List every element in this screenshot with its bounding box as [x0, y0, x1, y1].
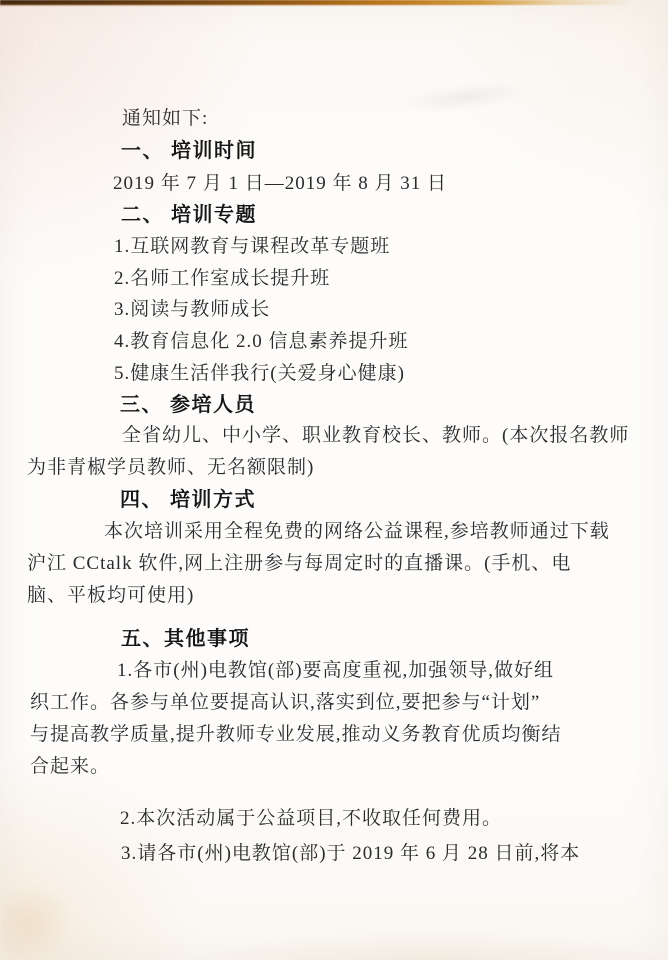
- method-line-2: 沪江 CCtalk 软件,网上注册参与每周定时的直播课。(手机、电: [27, 551, 571, 577]
- topic-item-2: 2.名师工作室成长提升班: [114, 266, 330, 292]
- heading-participants: 三、 参培人员: [120, 392, 256, 418]
- participants-line-1: 全省幼儿、中小学、职业教育校长、教师。(本次报名教师: [122, 423, 629, 449]
- method-line-3: 脑、平板均可使用): [27, 583, 194, 609]
- method-line-1: 本次培训采用全程免费的网络公益课程,参培教师通过下载: [104, 519, 610, 545]
- heading-other-matters: 五、其他事项: [121, 626, 250, 652]
- topic-item-4: 4.教育信息化 2.0 信息素养提升班: [114, 329, 409, 355]
- other-item-3-line-1: 3.请各市(州)电教馆(部)于 2019 年 6 月 28 日前,将本: [121, 841, 580, 867]
- heading-training-method: 四、 培训方式: [120, 487, 256, 513]
- training-dates: 2019 年 7 月 1 日—2019 年 8 月 31 日: [113, 171, 447, 197]
- scan-top-edge-artifact-soft: [0, 4, 520, 6]
- scan-bottom-left-smudge: [2, 884, 72, 960]
- heading-training-time: 一、 培训时间: [121, 138, 257, 164]
- participants-line-2: 为非青椒学员教师、无名额限制): [27, 455, 314, 481]
- scan-gray-smudge: [399, 76, 531, 118]
- other-item-1-line-3: 与提高教学质量,提升教师专业发展,推动义务教育优质均衡结: [30, 722, 562, 748]
- topic-item-1: 1.互联网教育与课程改革专题班: [114, 234, 390, 260]
- other-item-1-line-4: 合起来。: [30, 754, 110, 780]
- other-item-2: 2.本次活动属于公益项目,不收取任何费用。: [120, 806, 502, 832]
- topic-item-3: 3.阅读与教师成长: [114, 297, 270, 323]
- heading-training-topics: 二、 培训专题: [121, 202, 257, 228]
- notice-intro: 通知如下:: [122, 106, 208, 132]
- topic-item-5: 5.健康生活伴我行(关爱身心健康): [114, 361, 405, 387]
- scan-bottom-mottling: [200, 930, 660, 960]
- other-item-1-line-1: 1.各市(州)电教馆(部)要高度重视,加强领导,做好组: [117, 658, 554, 684]
- other-item-1-line-2: 织工作。各参与单位要提高认识,落实到位,要把参与“计划”: [30, 690, 540, 716]
- scanned-notice-page: 通知如下: 一、 培训时间 2019 年 7 月 1 日—2019 年 8 月 …: [0, 0, 668, 960]
